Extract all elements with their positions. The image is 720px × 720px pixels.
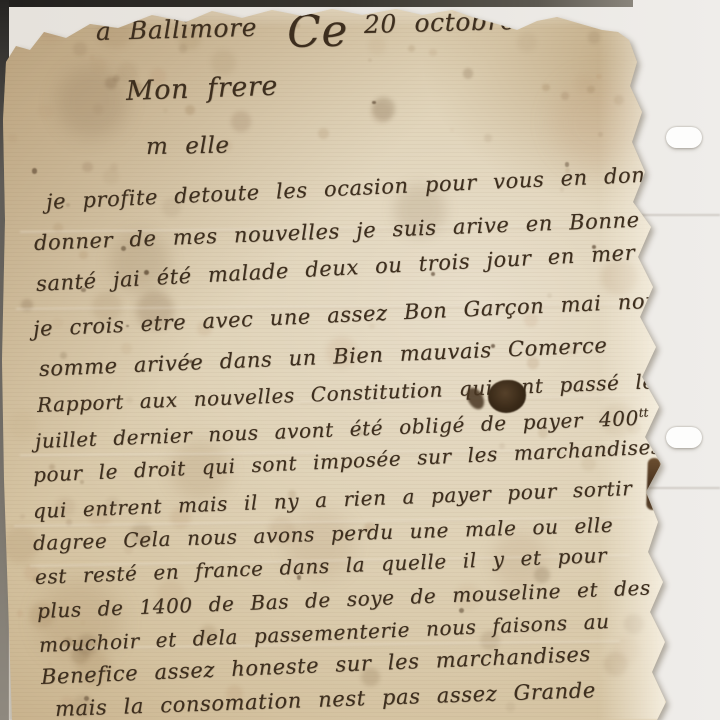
body-line: je crois etre avec une assez Bon Garçon … — [32, 289, 659, 341]
paper-sheet: a BallimoreCe20 octobre Mon frere m elle… — [0, 0, 720, 720]
dateline: a BallimoreCe20 octobre — [95, 1, 516, 63]
scanned-letter-photo: a BallimoreCe20 octobre Mon frere m elle… — [0, 0, 720, 720]
livre-superscript: tt — [638, 405, 648, 419]
edge-blemish — [646, 458, 661, 510]
dateline-flourish-ce: Ce — [286, 5, 348, 58]
dateline-place: a Ballimore — [95, 13, 257, 46]
dateline-date: 20 octobre — [363, 6, 515, 39]
salutation: Mon frere — [125, 71, 278, 107]
paper-shadow: a BallimoreCe20 octobre Mon frere m elle… — [0, 0, 720, 720]
ink-blot — [488, 380, 526, 413]
sub-salutation: m elle — [146, 133, 230, 160]
